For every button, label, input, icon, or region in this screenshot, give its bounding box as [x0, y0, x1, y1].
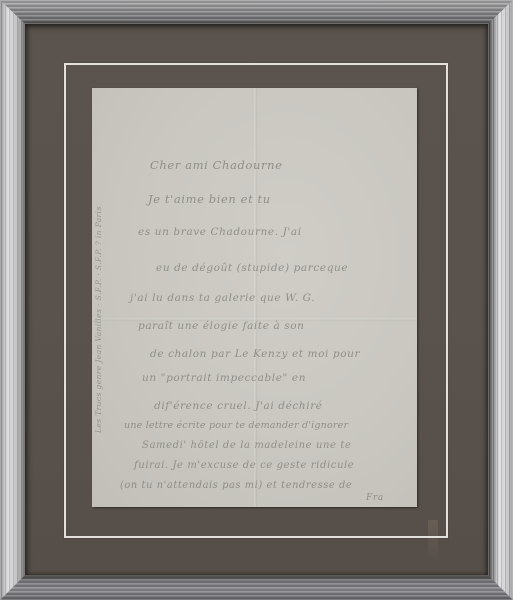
letter-line: un "portrait impeccable" en	[142, 372, 306, 384]
letter-line: fuirai. Je m'excuse de ce geste ridicule	[134, 460, 354, 471]
framed-letter-scene: Les Trucs genre Jean Vanilles · S.F.P. ·…	[0, 0, 513, 600]
letter-line: de chalon par Le Kenzy et moi pour	[150, 348, 360, 360]
letter-line: (on tu n'attendais pas mi) et tendresse …	[120, 480, 352, 491]
letter-line: es un brave Chadourne. J'ai	[138, 226, 302, 238]
glass-glare	[428, 520, 438, 560]
frame-top-rail	[0, 0, 513, 24]
letter-line: dif'érence cruel. J'ai déchiré	[154, 400, 323, 412]
letter-line: j'ai lu dans ta galerie que W. G.	[130, 292, 315, 304]
letter-line: eu de dégoût (stupide) parceque	[156, 262, 348, 274]
salutation-line: Cher ami Chadourne	[150, 158, 283, 172]
frame-left-rail	[0, 0, 25, 600]
frame-bottom-rail	[0, 575, 513, 600]
letter-line: Je t'aime bien et tu	[148, 192, 271, 206]
letter-paper: Les Trucs genre Jean Vanilles · S.F.P. ·…	[92, 88, 417, 507]
frame-right-rail	[488, 0, 513, 600]
margin-note: Les Trucs genre Jean Vanilles · S.F.P. ·…	[94, 206, 103, 433]
letter-line: une lettre écrite pour te demander d'ign…	[124, 420, 348, 431]
signature: Fra	[366, 493, 384, 503]
letter-line: paraît une élogie faite à son	[138, 320, 305, 332]
letter-line: Samedi' hôtel de la madeleine une te	[142, 440, 351, 451]
